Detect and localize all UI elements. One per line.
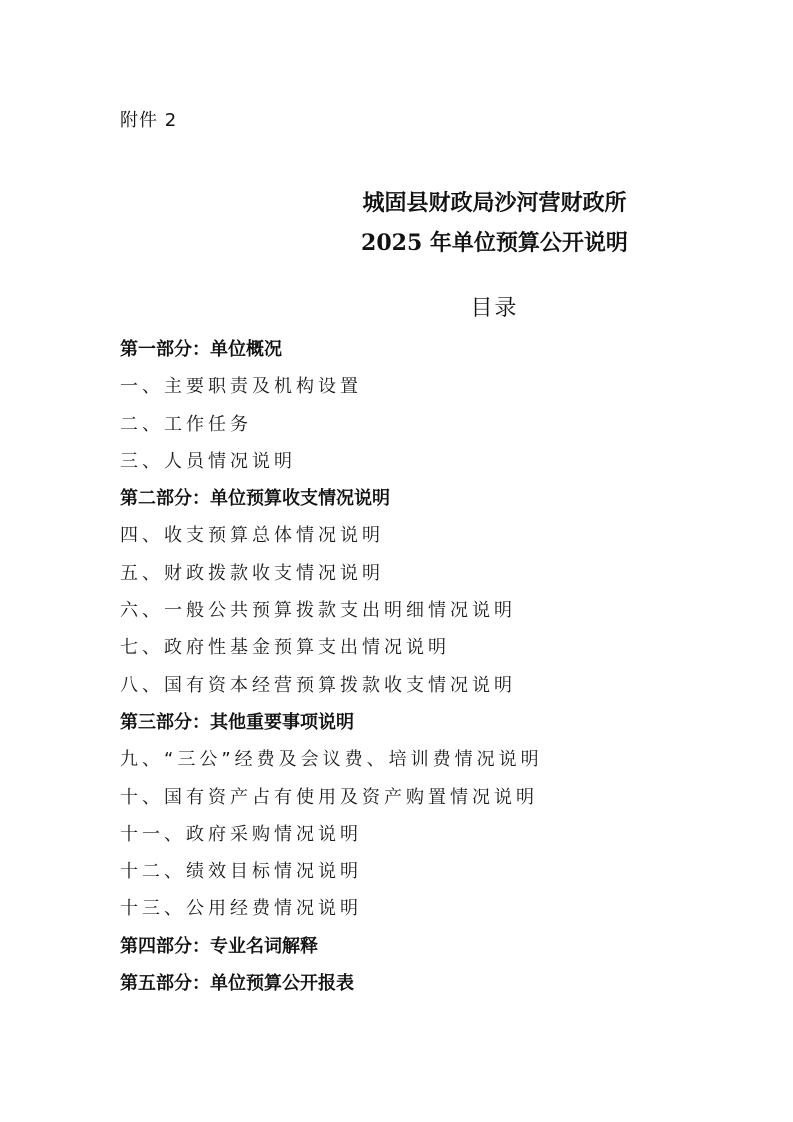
toc-part-5: 第五部分：单位预算公开报表: [120, 969, 543, 1006]
attachment-label: 附件 2: [120, 106, 177, 132]
toc-part-2: 第二部分：单位预算收支情况说明: [120, 484, 543, 521]
toc-item-9: 九、“三公”经费及会议费、培训费情况说明: [120, 745, 543, 782]
toc-item-4: 四、收支预算总体情况说明: [120, 521, 543, 558]
table-of-contents: 第一部分：单位概况 一、主要职责及机构设置 二、工作任务 三、人员情况说明 第二…: [120, 335, 543, 1006]
toc-part-1: 第一部分：单位概况: [120, 335, 543, 372]
toc-part-4: 第四部分：专业名词解释: [120, 932, 543, 969]
toc-heading: 目录: [98, 291, 793, 322]
toc-item-1: 一、主要职责及机构设置: [120, 372, 543, 409]
document-title-line-1: 城固县财政局沙河营财政所: [98, 186, 793, 217]
toc-item-7: 七、政府性基金预算支出情况说明: [120, 633, 543, 670]
toc-item-10: 十、国有资产占有使用及资产购置情况说明: [120, 783, 543, 820]
document-title-line-2: 2025 年单位预算公开说明: [98, 226, 793, 257]
toc-item-13: 十三、公用经费情况说明: [120, 894, 543, 931]
toc-item-12: 十二、绩效目标情况说明: [120, 857, 543, 894]
toc-part-3: 第三部分：其他重要事项说明: [120, 708, 543, 745]
toc-item-8: 八、国有资本经营预算拨款收支情况说明: [120, 671, 543, 708]
toc-item-2: 二、工作任务: [120, 410, 543, 447]
toc-item-3: 三、人员情况说明: [120, 447, 543, 484]
toc-item-5: 五、财政拨款收支情况说明: [120, 559, 543, 596]
toc-item-11: 十一、政府采购情况说明: [120, 820, 543, 857]
toc-item-6: 六、一般公共预算拨款支出明细情况说明: [120, 596, 543, 633]
